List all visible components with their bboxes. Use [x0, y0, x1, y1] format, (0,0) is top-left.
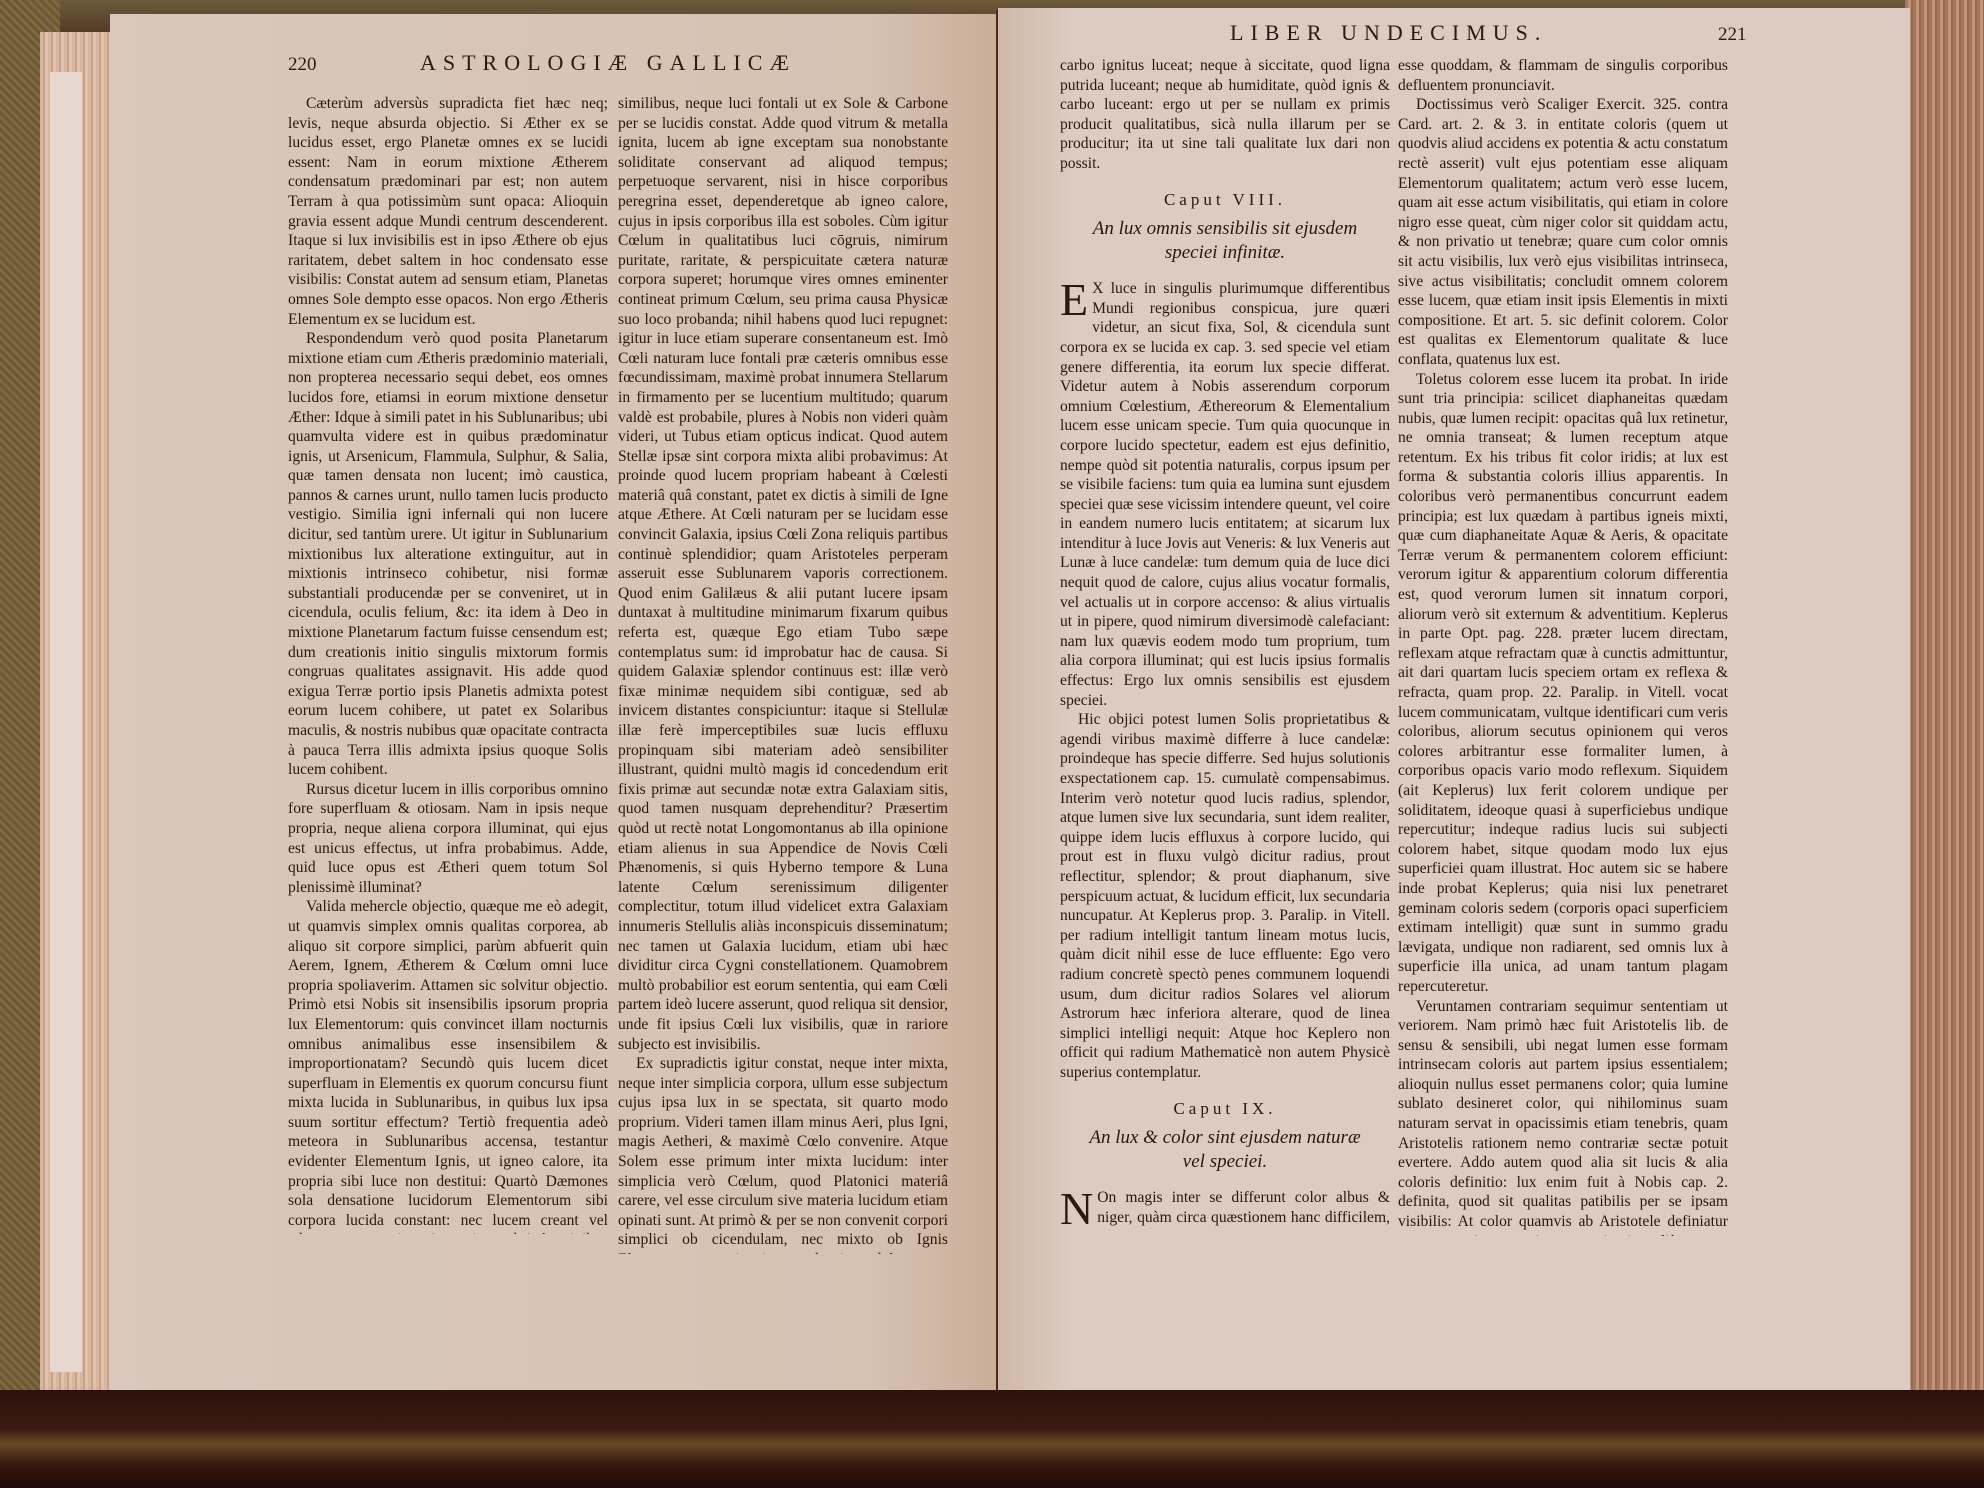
left-page: 220 ASTROLOGIÆ GALLICÆ Cæterùm adversùs …: [110, 14, 1000, 1394]
right-column-2: esse quoddam, & flammam de singulis corp…: [1398, 56, 1728, 1236]
paragraph: Rursus dicetur lucem in illis corporibus…: [288, 780, 608, 898]
paragraph: esse quoddam, & flammam de singulis corp…: [1398, 56, 1728, 95]
dropcap: N: [1060, 1190, 1093, 1226]
paragraph: Valida mehercle objectio, quæque me eò a…: [288, 897, 608, 1234]
left-column-2: similibus, neque luci fontali ut ex Sole…: [618, 94, 948, 1254]
paragraph: Hic objici potest lumen Solis proprietat…: [1060, 710, 1390, 1082]
right-page-number: 221: [1718, 24, 1747, 46]
chapter-title: An lux omnis sensibilis sit ejusdem spec…: [1080, 217, 1370, 265]
right-page: LIBER UNDECIMUS. 221 carbo ignitus lucea…: [998, 8, 1910, 1398]
right-running-head: LIBER UNDECIMUS.: [1230, 20, 1547, 46]
left-running-head: ASTROLOGIÆ GALLICÆ: [420, 50, 796, 76]
paragraph: Doctissimus verò Scaliger Exercit. 325. …: [1398, 95, 1728, 369]
dropcap: E: [1060, 281, 1088, 319]
paragraph: NOn magis inter se differunt color albus…: [1060, 1188, 1390, 1226]
chapter-heading: Caput VIII.: [1060, 190, 1390, 210]
chapter-heading: Caput IX.: [1060, 1099, 1390, 1119]
paragraph: Veruntamen contrariam sequimur sententia…: [1398, 997, 1728, 1237]
paragraph: Ex supradictis igitur constat, neque int…: [618, 1054, 948, 1254]
chapter-title: An lux & color sint ejusdem naturæ vel s…: [1080, 1126, 1370, 1174]
paragraph: Respondendum verò quod posita Planetarum…: [288, 329, 608, 780]
paragraph: Cæterùm adversùs supradicta fiet hæc neq…: [288, 94, 608, 329]
paragraph: similibus, neque luci fontali ut ex Sole…: [618, 94, 948, 1054]
right-column-1: carbo ignitus luceat; neque à siccitate,…: [1060, 56, 1390, 1226]
left-column-1: Cæterùm adversùs supradicta fiet hæc neq…: [288, 94, 608, 1234]
table-surface: [0, 1390, 1984, 1488]
paragraph: carbo ignitus luceat; neque à siccitate,…: [1060, 56, 1390, 174]
endpaper: [50, 72, 82, 1372]
right-page-edges: [1905, 0, 1984, 1400]
paragraph: EX luce in singulis plurimumque differen…: [1060, 279, 1390, 710]
paragraph: Toletus colorem esse lucem ita probat. I…: [1398, 370, 1728, 997]
left-page-number: 220: [288, 54, 317, 76]
